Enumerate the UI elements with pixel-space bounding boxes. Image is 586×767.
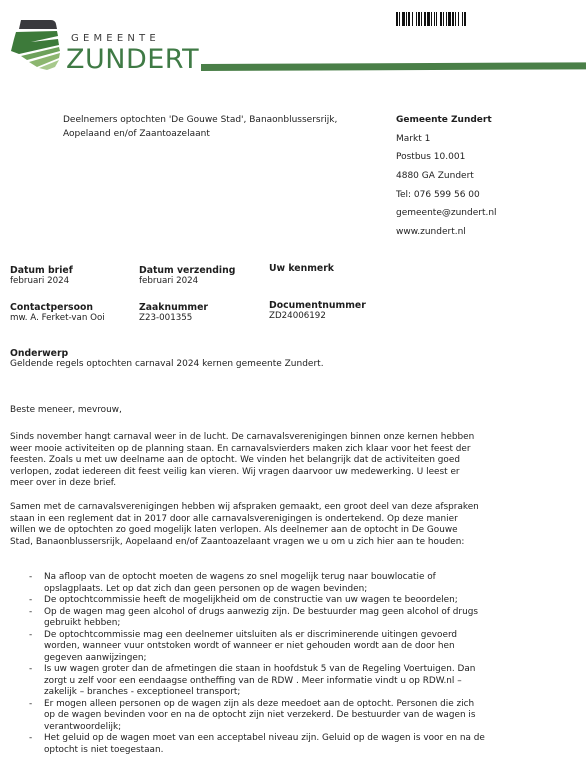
gemeente-zundert-logo-icon (7, 18, 63, 70)
header-divider (201, 62, 586, 71)
meta-uw-kenmerk: Uw kenmerk (269, 263, 334, 274)
meta-datum-brief: Datum brief februari 2024 (10, 265, 73, 287)
sender-phone: Tel: 076 599 56 00 (396, 190, 497, 209)
meta-datum-verzending: Datum verzending februari 2024 (139, 265, 235, 287)
recipient-line: Aopelaand en/of Zaantoazelaant (63, 127, 383, 141)
rule-item: Is uw wagen groter dan de afmetingen die… (26, 664, 486, 699)
meta-value: ZD24006192 (269, 311, 366, 322)
paragraph-intro: Sinds november hangt carnaval weer in de… (10, 432, 478, 490)
subject-block: Onderwerp Geldende regels optochten carn… (10, 348, 324, 370)
paragraph-agreements: Samen met de carnavalsverenigingen hebbe… (10, 502, 480, 548)
sender-postbus: Postbus 10.001 (396, 152, 497, 171)
meta-value: Z23-001355 (139, 313, 208, 324)
meta-label: Zaaknummer (139, 302, 208, 313)
rule-item: De optochtcommissie mag een deelnemer ui… (26, 630, 486, 665)
rules-list: Na afloop van de optocht moeten de wagen… (26, 572, 486, 756)
recipient-address: Deelnemers optochten 'De Gouwe Stad', Ba… (63, 113, 383, 141)
meta-contactpersoon: Contactpersoon mw. A. Ferket-van Ooi (10, 302, 105, 324)
subject-label: Onderwerp (10, 348, 324, 359)
brand-gemeente-label: GEMEENTE (71, 33, 160, 44)
sender-email[interactable]: gemeente@zundert.nl (396, 208, 497, 227)
recipient-line: Deelnemers optochten 'De Gouwe Stad', Ba… (63, 113, 383, 127)
meta-label: Contactpersoon (10, 302, 105, 313)
brand-zundert-label: ZUNDERT (66, 44, 199, 75)
meta-documentnummer: Documentnummer ZD24006192 (269, 300, 366, 322)
meta-label: Datum verzending (139, 265, 235, 276)
meta-value: februari 2024 (139, 276, 235, 287)
meta-label: Datum brief (10, 265, 73, 276)
meta-value: mw. A. Ferket-van Ooi (10, 313, 105, 324)
meta-value: februari 2024 (10, 276, 73, 287)
subject-value: Geldende regels optochten carnaval 2024 … (10, 359, 324, 370)
rule-item: Op de wagen mag geen alcohol of drugs aa… (26, 607, 486, 630)
meta-label: Uw kenmerk (269, 263, 334, 274)
sender-name: Gemeente Zundert (396, 115, 497, 134)
meta-label: Documentnummer (269, 300, 366, 311)
rule-item: Het geluid op de wagen moet van een acce… (26, 733, 486, 756)
sender-street: Markt 1 (396, 134, 497, 153)
rule-item: De optochtcommissie heeft de mogelijkhei… (26, 595, 486, 607)
rule-item: Na afloop van de optocht moeten de wagen… (26, 572, 486, 595)
salutation: Beste meneer, mevrouw, (10, 405, 480, 417)
sender-website[interactable]: www.zundert.nl (396, 227, 497, 246)
sender-address: Gemeente Zundert Markt 1 Postbus 10.001 … (396, 115, 497, 246)
barcode-icon (396, 12, 496, 26)
rule-item: Er mogen alleen personen op de wagen zij… (26, 699, 486, 734)
sender-city: 4880 GA Zundert (396, 171, 497, 190)
meta-zaaknummer: Zaaknummer Z23-001355 (139, 302, 208, 324)
